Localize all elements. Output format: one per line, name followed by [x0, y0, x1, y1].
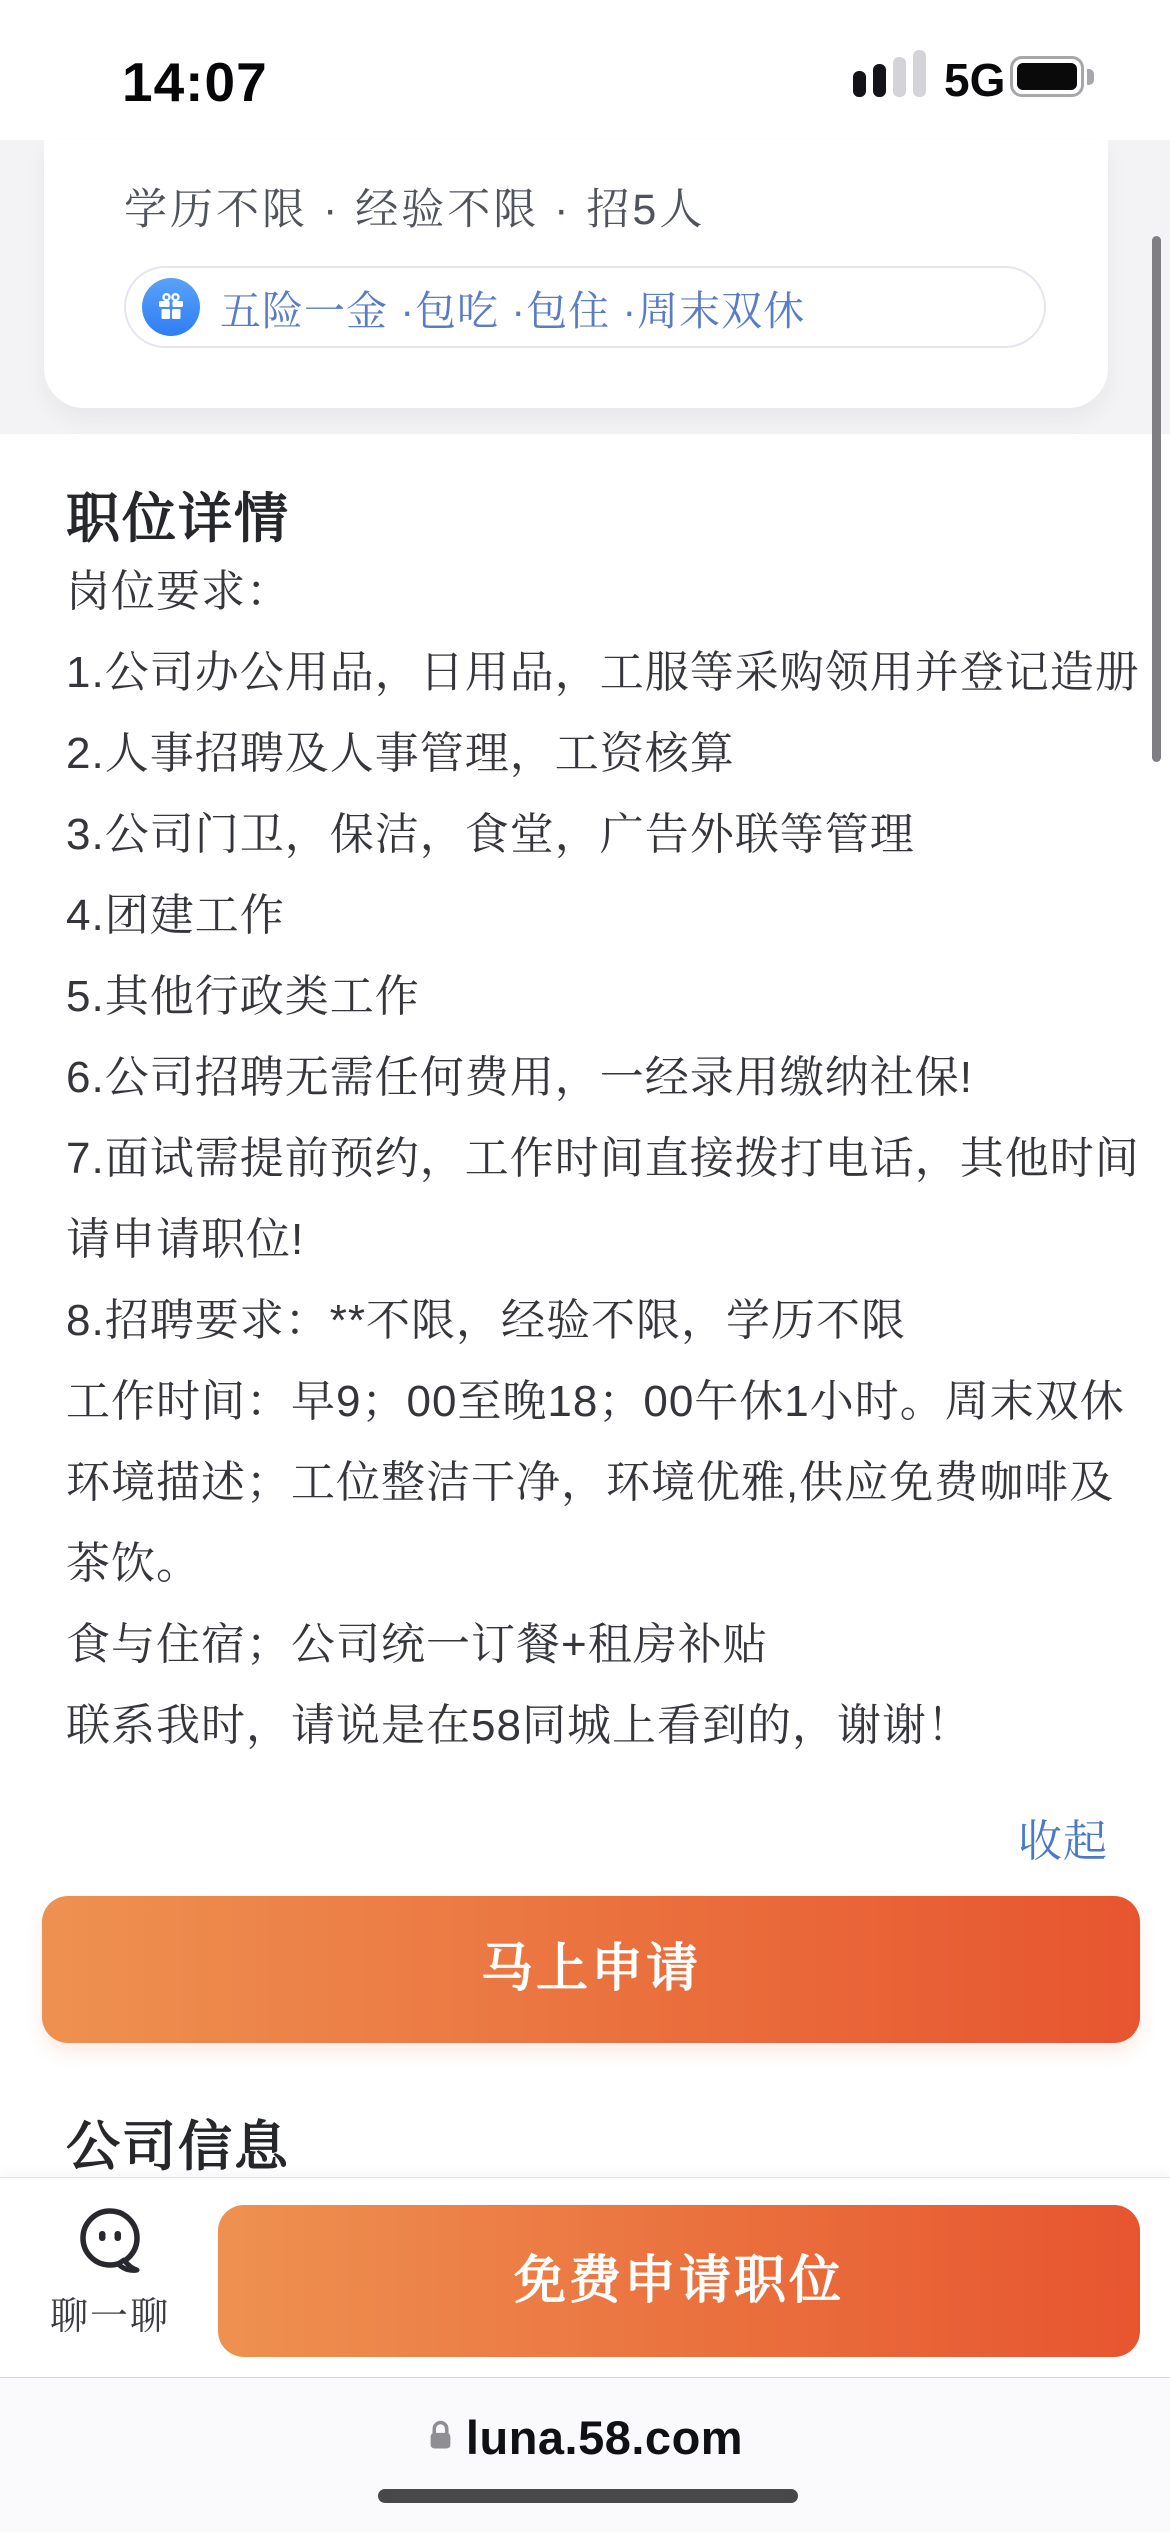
chat-bubble-icon: [72, 2202, 148, 2281]
desc-line: 1.公司办公用品，日用品，工服等采购领用并登记造册: [66, 632, 1108, 713]
home-indicator[interactable]: [378, 2489, 798, 2503]
phone-screen: 14:07 5G 学历不限 · 经验不限 · 招5人 五险一金 ·包吃 ·包住 …: [0, 0, 1170, 2532]
browser-bottom-bar: luna.58.com: [0, 2377, 1170, 2532]
clock: 14:07: [122, 50, 268, 114]
address-bar[interactable]: luna.58.com: [0, 2410, 1170, 2465]
apply-now-button[interactable]: 马上申请: [42, 1896, 1140, 2043]
free-apply-button[interactable]: 免费申请职位: [218, 2205, 1140, 2357]
desc-line: 2.人事招聘及人事管理，工资核算: [66, 713, 1108, 794]
status-bar: 14:07 5G: [0, 0, 1170, 140]
desc-line: 岗位要求：: [66, 551, 1108, 632]
collapse-row: 收起: [66, 1805, 1108, 1869]
collapse-link[interactable]: 收起: [1018, 1817, 1108, 1866]
lock-icon: [427, 2418, 454, 2457]
chat-button[interactable]: 聊一聊: [36, 2202, 184, 2362]
bottom-action-bar: 聊一聊 免费申请职位: [0, 2177, 1170, 2377]
desc-line: 食与住宿；公司统一订餐+租房补贴: [66, 1604, 1108, 1685]
desc-line: 工作时间：早9；00至晚18；00午休1小时。周末双休: [66, 1361, 1108, 1442]
job-summary-card: 学历不限 · 经验不限 · 招5人 五险一金 ·包吃 ·包住 ·周末双休: [44, 140, 1108, 408]
job-description: 岗位要求： 1.公司办公用品，日用品，工服等采购领用并登记造册 2.人事招聘及人…: [66, 551, 1108, 1766]
chat-button-label: 聊一聊: [50, 2285, 170, 2340]
desc-line: 8.招聘要求：**不限，经验不限，学历不限: [66, 1280, 1108, 1361]
desc-line: 环境描述；工位整洁干净，环境优雅,供应免费咖啡及: [66, 1442, 1108, 1523]
welfare-tags-pill[interactable]: 五险一金 ·包吃 ·包住 ·周末双休: [124, 266, 1046, 348]
desc-line: 5.其他行政类工作: [66, 956, 1108, 1037]
gift-icon: [142, 278, 200, 336]
welfare-tags-text: 五险一金 ·包吃 ·包住 ·周末双休: [220, 278, 805, 337]
desc-line: 联系我时，请说是在58同城上看到的，谢谢！: [66, 1685, 1108, 1766]
scrollbar[interactable]: [1152, 236, 1161, 762]
desc-line: 6.公司招聘无需任何费用，一经录用缴纳社保!: [66, 1037, 1108, 1118]
company-info-title: 公司信息: [66, 2104, 290, 2181]
job-requirements-meta: 学历不限 · 经验不限 · 招5人: [124, 176, 705, 237]
battery-cap: [1087, 69, 1094, 85]
desc-line: 3.公司门卫，保洁，食堂，广告外联等管理: [66, 794, 1108, 875]
desc-line: 7.面试需提前预约，工作时间直接拨打电话，其他时间: [66, 1118, 1108, 1199]
desc-line: 4.团建工作: [66, 875, 1108, 956]
job-detail-title: 职位详情: [66, 476, 290, 553]
desc-line: 请申请职位!: [66, 1199, 1108, 1280]
url-text: luna.58.com: [466, 2410, 743, 2465]
network-type-label: 5G: [944, 53, 1005, 107]
cellular-signal-icon: [853, 50, 931, 97]
battery-icon: [1010, 56, 1084, 97]
desc-line: 茶饮。: [66, 1523, 1108, 1604]
